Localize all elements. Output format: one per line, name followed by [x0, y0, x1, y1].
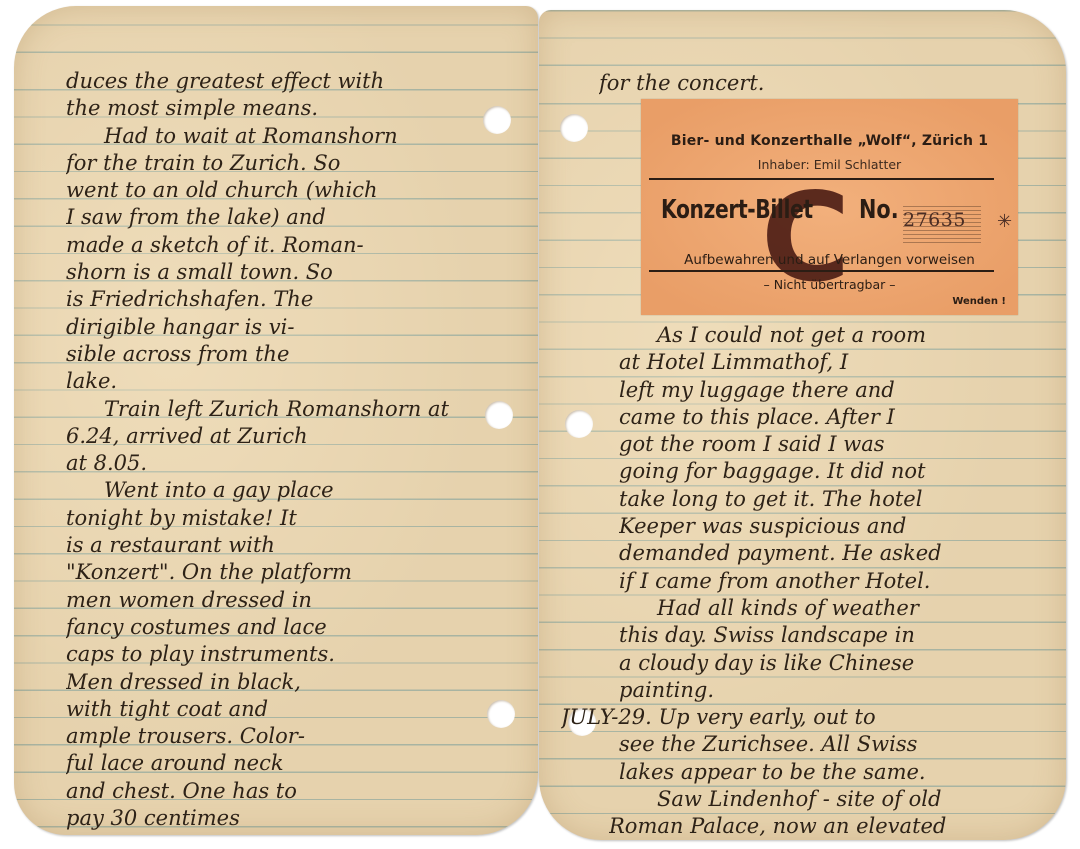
handwriting-line: fancy costumes and lace — [66, 614, 490, 641]
handwriting-line: for the concert. — [599, 70, 1066, 97]
handwriting-line: men women dressed in — [66, 587, 490, 614]
handwriting-line: left my luggage there and — [619, 377, 1046, 404]
handwriting-line: Train left Zurich Romanshorn at — [66, 396, 490, 423]
handwriting-line: ful lace around neck — [66, 750, 490, 777]
concert-ticket: C Bier- und Konzerthalle „Wolf“, Zürich … — [641, 99, 1018, 315]
handwriting-line: Had to wait at Romanshorn — [66, 123, 490, 150]
handwriting-line: Roman Palace, now an elevated — [609, 813, 1046, 840]
ticket-turn-over: Wenden ! — [952, 296, 1006, 307]
handwriting-line: shorn is a small town. So — [66, 259, 490, 286]
handwriting-line: painting. — [619, 677, 1046, 704]
handwriting-line: tonight by mistake! It — [66, 505, 490, 532]
handwriting-line: with tight coat and — [66, 696, 490, 723]
ticket-keep-notice: Aufbewahren und auf Verlangen vorweisen — [641, 252, 1018, 268]
binder-hole-middle — [565, 410, 593, 438]
ticket-divider — [649, 270, 994, 272]
handwriting-line: 6.24, arrived at Zurich — [66, 423, 490, 450]
right-page-handwriting: As I could not get a room at Hotel Limma… — [619, 322, 1046, 840]
handwriting-line: is Friedrichshafen. The — [66, 286, 490, 313]
handwriting-line: Men dressed in black, — [66, 669, 490, 696]
binder-hole-top — [560, 114, 588, 142]
handwriting-line: sible across from the — [66, 341, 490, 368]
binder-hole-bottom — [487, 700, 515, 728]
handwriting-line: came to this place. After I — [619, 404, 1046, 431]
handwriting-line: I saw from the lake) and — [66, 204, 490, 231]
handwriting-line: for the train to Zurich. So — [66, 150, 490, 177]
handwriting-line: take long to get it. The hotel — [619, 486, 1046, 513]
handwriting-line: if I came from another Hotel. — [619, 568, 1046, 595]
handwriting-line: JULY-29. Up very early, out to — [561, 704, 1046, 731]
handwriting-line: duces the greatest effect with — [66, 68, 490, 95]
handwriting-line: "Konzert". On the platform — [66, 559, 490, 586]
handwriting-line: see the Zurichsee. All Swiss — [619, 731, 1046, 758]
handwriting-line: Had all kinds of weather — [619, 595, 1046, 622]
handwriting-line: the most simple means. — [66, 95, 490, 122]
handwriting-line: at 8.05. — [66, 450, 490, 477]
ticket-venue: Bier- und Konzerthalle „Wolf“, Zürich 1 — [641, 133, 1018, 149]
handwriting-line: ample trousers. Color- — [66, 723, 490, 750]
handwriting-line: and chest. One has to — [66, 778, 490, 805]
handwriting-line: lakes appear to be the same. — [619, 759, 1046, 786]
ticket-title: Konzert-Billet — [661, 195, 813, 225]
handwriting-line: caps to play instruments. — [66, 641, 490, 668]
handwriting-line: is a restaurant with — [66, 532, 490, 559]
left-page-handwriting: duces the greatest effect with the most … — [66, 68, 490, 832]
handwriting-line: went to an old church (which — [66, 177, 490, 204]
star-icon: ✳ — [997, 211, 1012, 232]
handwriting-line: lake. — [66, 368, 490, 395]
handwriting-line: made a sketch of it. Roman- — [66, 232, 490, 259]
handwriting-line: this day. Swiss landscape in — [619, 622, 1046, 649]
handwriting-line: at Hotel Limmathof, I — [619, 349, 1046, 376]
handwriting-line: got the room I said I was — [619, 431, 1046, 458]
handwriting-line: going for baggage. It did not — [619, 458, 1046, 485]
handwriting-line: a cloudy day is like Chinese — [619, 650, 1046, 677]
right-page-heading-line: for the concert. — [599, 70, 1066, 97]
handwriting-line: Saw Lindenhof - site of old — [619, 786, 1046, 813]
handwriting-line: Keeper was suspicious and — [619, 513, 1046, 540]
handwriting-line: dirigible hangar is vi- — [66, 314, 490, 341]
left-notebook-page: duces the greatest effect with the most … — [14, 6, 538, 835]
ticket-non-transferable: – Nicht übertragbar – — [641, 277, 1018, 292]
handwriting-line: As I could not get a room — [619, 322, 1046, 349]
ticket-number: 27635 — [903, 209, 966, 231]
ticket-owner: Inhaber: Emil Schlatter — [641, 157, 1018, 172]
handwriting-line: demanded payment. He asked — [619, 540, 1046, 567]
ticket-divider — [649, 178, 994, 180]
handwriting-line: Went into a gay place — [66, 477, 490, 504]
handwriting-line: pay 30 centimes — [66, 805, 490, 832]
ticket-number-label: No. — [859, 195, 899, 225]
